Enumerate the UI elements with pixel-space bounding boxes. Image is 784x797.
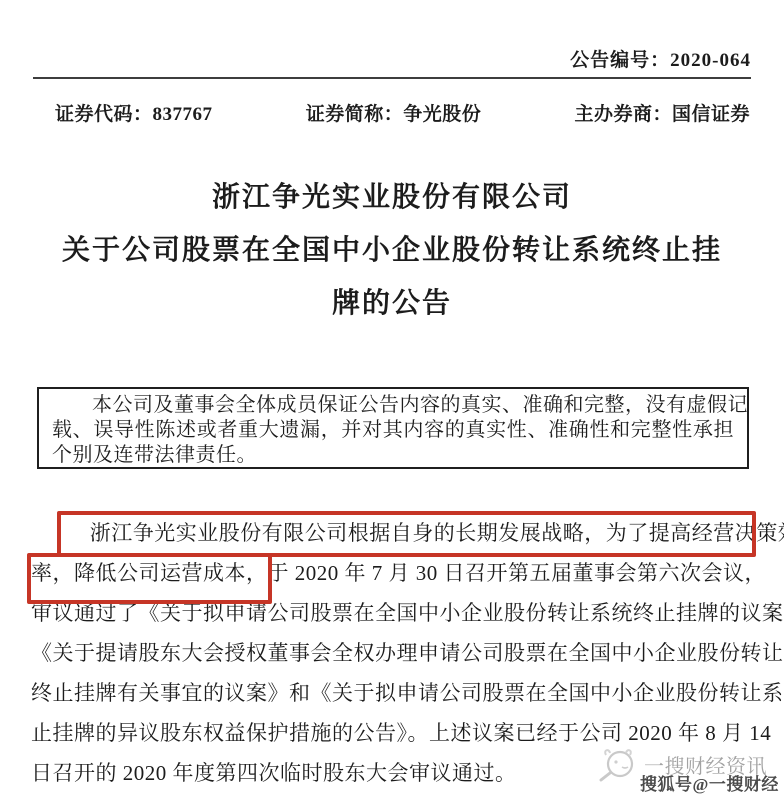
body-line: 终止挂牌有关事宜的议案》和《关于拟申请公司股票在全国中小企业股份转让系统终 bbox=[31, 673, 755, 713]
securities-info-row: 证券代码：837767 证券简称：争光股份 主办券商：国信证券 bbox=[55, 99, 750, 126]
body-line: 率，降低公司运营成本，于 2020 年 7 月 30 日召开第五届董事会第六次会… bbox=[31, 553, 755, 593]
disclaimer-line: 载、误导性陈述或者重大遗漏，并对其内容的真实性、准确性和完整性承担 bbox=[52, 418, 734, 443]
title-line: 关于公司股票在全国中小企业股份转让系统终止挂 bbox=[0, 224, 784, 277]
document-title: 浙江争光实业股份有限公司 关于公司股票在全国中小企业股份转让系统终止挂 牌的公告 bbox=[0, 171, 784, 330]
body-line: 《关于提请股东大会授权董事会全权办理申请公司股票在全国中小企业股份转让系统 bbox=[31, 633, 755, 673]
disclaimer-line: 本公司及董事会全体成员保证公告内容的真实、准确和完整，没有虚假记 bbox=[52, 393, 734, 418]
announcement-number: 公告编号：2020-064 bbox=[570, 45, 751, 72]
disclaimer-box: 本公司及董事会全体成员保证公告内容的真实、准确和完整，没有虚假记 载、误导性陈述… bbox=[37, 387, 749, 469]
body-line: 浙江争光实业股份有限公司根据自身的长期发展战略，为了提高经营决策效 bbox=[31, 513, 755, 553]
magnifier-mascot-logo-icon bbox=[596, 746, 638, 784]
stock-short-name: 证券简称：争光股份 bbox=[306, 99, 482, 126]
sponsor-broker: 主办券商：国信证券 bbox=[574, 99, 750, 126]
sohu-watermark: 一搜财经资讯 搜狐号@一搜财经 bbox=[596, 744, 784, 796]
announcement-document: 公告编号：2020-064 证券代码：837767 证券简称：争光股份 主办券商… bbox=[0, 0, 784, 797]
watermark-account-text: 搜狐号@一搜财经 bbox=[640, 770, 779, 795]
stock-code: 证券代码：837767 bbox=[55, 99, 213, 126]
disclaimer-line: 个别及连带法律责任。 bbox=[52, 443, 734, 468]
title-line: 牌的公告 bbox=[0, 277, 784, 330]
title-line: 浙江争光实业股份有限公司 bbox=[0, 171, 784, 224]
body-line: 审议通过了《关于拟申请公司股票在全国中小企业股份转让系统终止挂牌的议案》、 bbox=[31, 593, 755, 633]
header-divider bbox=[33, 77, 751, 79]
